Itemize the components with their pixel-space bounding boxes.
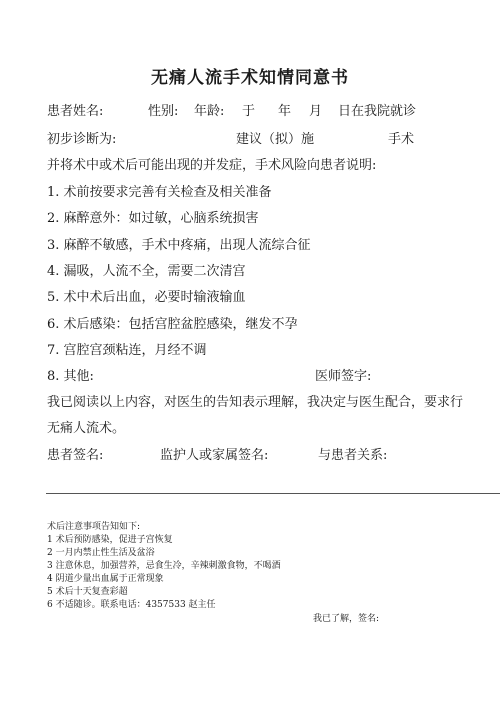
date-month: 月 — [309, 104, 322, 120]
surgery-label: 手术 — [388, 132, 414, 148]
risk-intro: 并将术中或术后可能出现的并发症，手术风险向患者说明: — [47, 158, 376, 174]
date-year: 年 — [278, 104, 291, 120]
patient-name-label: 患者姓名: — [47, 104, 103, 120]
risk-item: 6. 术后感染：包括宫腔盆腔感染，继发不孕 — [47, 317, 298, 333]
notes-heading: 术后注意事项告知如下: — [47, 521, 140, 533]
consent-statement-line2: 无痛人流术。 — [47, 421, 125, 437]
note-item: 6 不适随诊。联系电话：4357533 赵主任 — [47, 599, 216, 611]
other-label: 8. 其他: — [47, 369, 94, 385]
note-item: 4 阴道少量出血属于正常现象 — [47, 573, 164, 585]
guardian-signature-label: 监护人或家属签名: — [160, 448, 268, 464]
note-item: 2 一月内禁止性生活及盆浴 — [47, 547, 155, 559]
date-yu: 于 — [242, 104, 255, 120]
risk-item: 7. 宫腔宫颈粘连，月经不调 — [47, 343, 207, 359]
risk-item: 3. 麻醉不敏感，手术中疼痛，出现人流综合征 — [47, 238, 311, 254]
document-title: 无痛人流手术知情同意书 — [0, 63, 500, 88]
note-item: 5 术后十天复查彩超 — [47, 586, 128, 598]
diagnosis-label: 初步诊断为: — [47, 132, 116, 148]
patient-signature-label: 患者签名: — [47, 448, 103, 464]
consent-statement-line1: 我已阅读以上内容，对医生的告知表示理解，我决定与医生配合，要求行 — [47, 395, 463, 411]
acknowledge-signature-label: 我已了解，签名: — [313, 613, 379, 625]
gender-label: 性别: — [148, 104, 178, 120]
note-item: 1 术后预防感染，促进子宫恢复 — [47, 534, 173, 546]
age-label: 年龄: — [194, 104, 224, 120]
risk-item: 1. 术前按要求完善有关检查及相关准备 — [47, 185, 272, 201]
relation-label: 与患者关系: — [318, 448, 387, 464]
note-item: 3 注意休息，加强营养，忌食生冷，辛辣刺激食物，不喝酒 — [47, 560, 281, 572]
suggested-procedure-label: 建议（拟）施 — [236, 132, 314, 148]
date-day-visit: 日在我院就诊 — [338, 104, 416, 120]
risk-item: 4. 漏吸，人流不全，需要二次清宫 — [47, 264, 246, 280]
divider-line — [46, 493, 500, 494]
risk-item: 5. 术中术后出血，必要时输液输血 — [47, 290, 246, 306]
doctor-signature-label: 医师签字: — [315, 369, 371, 385]
risk-item: 2. 麻醉意外：如过敏，心脑系统损害 — [47, 211, 259, 227]
